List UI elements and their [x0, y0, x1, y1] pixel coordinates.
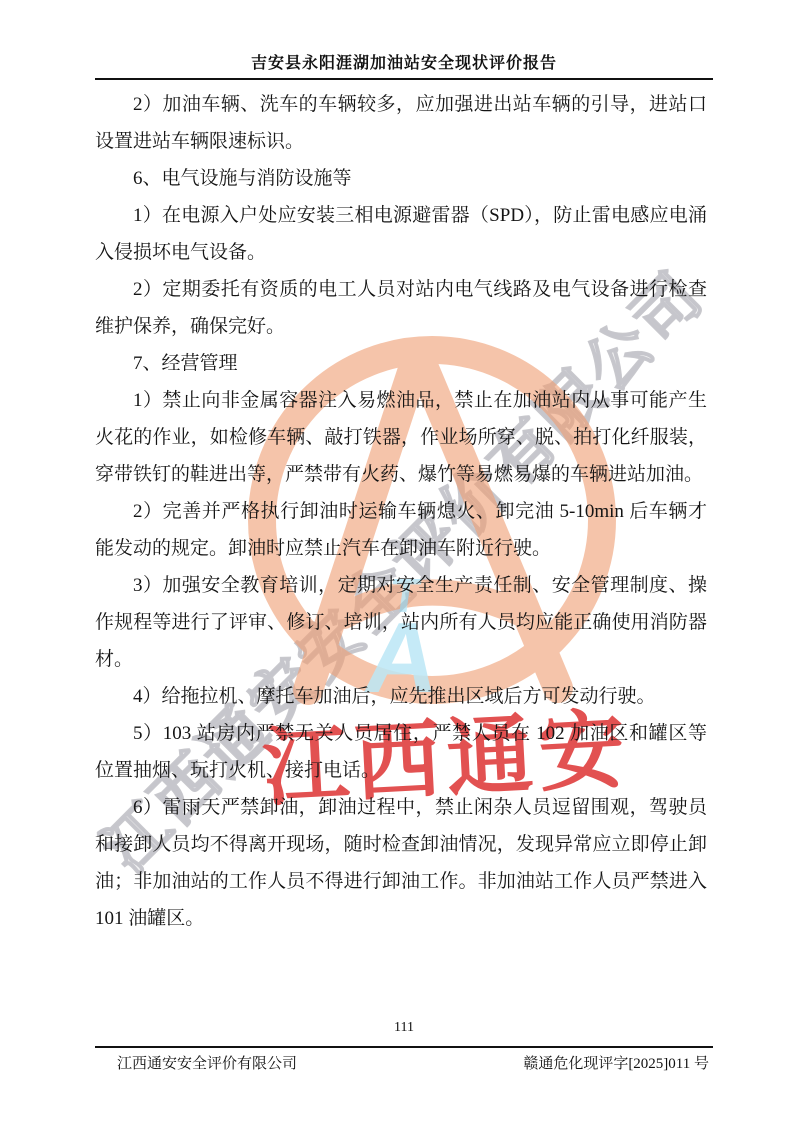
paragraph: 1）禁止向非金属容器注入易燃油品，禁止在加油站内从事可能产生火花的作业，如检修车…	[95, 382, 707, 493]
footer: 江西通安安全评价有限公司 赣通危化现评字[2025]011 号	[95, 1052, 713, 1073]
header-rule	[95, 78, 713, 80]
paragraph: 7、经营管理	[95, 345, 707, 382]
paragraph: 4）给拖拉机、摩托车加油后，应先推出区域后方可发动行驶。	[95, 678, 707, 715]
page-title: 吉安县永阳涯湖加油站安全现状评价报告	[95, 50, 713, 73]
paragraph: 6、电气设施与消防设施等	[95, 160, 707, 197]
paragraph: 6）雷雨天严禁卸油，卸油过程中，禁止闲杂人员逗留围观，驾驶员和接卸人员均不得离开…	[95, 789, 707, 937]
footer-document-number: 赣通危化现评字[2025]011 号	[523, 1052, 713, 1073]
paragraph: 2）加油车辆、洗车的车辆较多，应加强进出站车辆的引导，进站口设置进站车辆限速标识…	[95, 86, 707, 160]
footer-rule	[95, 1046, 713, 1048]
footer-company-name: 江西通安安全评价有限公司	[95, 1052, 297, 1073]
report-page: 江西通安安全评价有限公司 T A 江西通安 吉安县永阳涯湖加油站安全现状评价报告…	[0, 0, 793, 1122]
body-paragraphs: 2）加油车辆、洗车的车辆较多，应加强进出站车辆的引导，进站口设置进站车辆限速标识…	[95, 86, 707, 937]
page-number: 111	[95, 1020, 713, 1036]
paragraph: 2）完善并严格执行卸油时运输车辆熄火、卸完油 5-10min 后车辆才能发动的规…	[95, 493, 707, 567]
paragraph: 2）定期委托有资质的电工人员对站内电气线路及电气设备进行检查维护保养，确保完好。	[95, 271, 707, 345]
paragraph: 3）加强安全教育培训，定期对安全生产责任制、安全管理制度、操作规程等进行了评审、…	[95, 567, 707, 678]
paragraph: 1）在电源入户处应安装三相电源避雷器（SPD），防止雷电感应电涌入侵损坏电气设备…	[95, 197, 707, 271]
paragraph: 5）103 站房内严禁无关人员居住，严禁人员在 102 加油区和罐区等位置抽烟、…	[95, 715, 707, 789]
